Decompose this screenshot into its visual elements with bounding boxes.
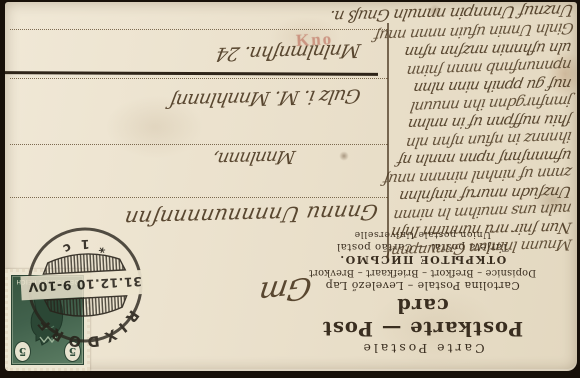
address-rule-1 bbox=[10, 197, 388, 198]
header-carte-postale: Carte Postale bbox=[300, 341, 545, 356]
message-script-line: uln ufhnnin nnzſnn nfnn bbox=[404, 40, 573, 59]
address-rule-2 bbox=[10, 144, 388, 145]
address-street-script: Mnlnlmnſhn. 24 bbox=[215, 39, 363, 65]
header-postkarte-postcard: Postkarte — Post card bbox=[300, 294, 545, 340]
hand-drawn-underline bbox=[5, 72, 378, 76]
postmark: 31.12.10 9-10V RIXDORF * 1 c bbox=[17, 217, 154, 354]
header-cartolina: Cartolina Postale – Levelező Lap bbox=[300, 279, 545, 292]
address-line3-script: Gulz i. M. Mnnhlnnnſ bbox=[168, 85, 362, 112]
handwritten-flourish: Gm bbox=[257, 269, 314, 309]
postcard-photo: Carte Postale Postkarte — Post card Cart… bbox=[5, 2, 577, 371]
address-name-script: Gnnnu Unnnnunnnnſnn bbox=[122, 200, 380, 231]
header-dopisnice: Dopisnice – Brefkort – Briefkaart – Brev… bbox=[300, 267, 545, 278]
postcard-face-rotated: Carte Postale Postkarte — Post card Cart… bbox=[5, 2, 577, 371]
faint-offset-mark: Kno bbox=[296, 29, 334, 51]
postmark-hatch-upper bbox=[45, 296, 128, 318]
postmark-hatch-lower bbox=[42, 252, 125, 274]
center-divider-line bbox=[387, 23, 389, 259]
address-line2-script: Mnnlnnn, bbox=[211, 146, 297, 169]
address-rule-3 bbox=[10, 78, 388, 79]
